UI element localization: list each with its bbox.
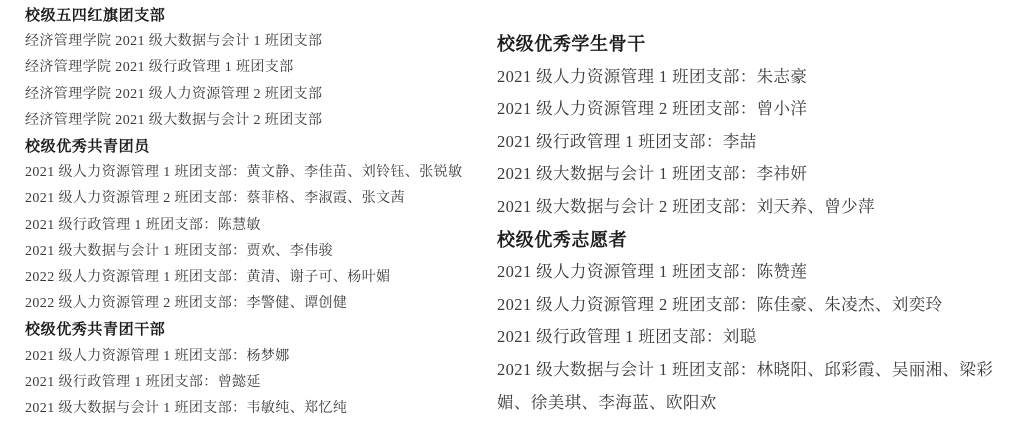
list-item: 2021 级人力资源管理 2 班团支部：陈佳豪、朱凌杰、刘奕玲 [497, 289, 1019, 322]
section-outstanding-league-members: 校级优秀共青团员 2021 级人力资源管理 1 班团支部：黄文静、李佳苗、刘铃钰… [25, 134, 487, 317]
list-item: 经济管理学院 2021 级行政管理 1 班团支部 [25, 55, 487, 81]
section-outstanding-league-cadres: 校级优秀共青团干部 2021 级人力资源管理 1 班团支部：杨梦娜 2021 级… [25, 317, 487, 422]
list-item: 2021 级大数据与会计 1 班团支部：林晓阳、邱彩霞、吴丽湘、梁彩媚、徐美琪、… [497, 354, 1019, 419]
list-item: 2021 级大数据与会计 1 班团支部：韦敏纯、郑忆纯 [25, 396, 487, 422]
left-column: 校级五四红旗团支部 经济管理学院 2021 级大数据与会计 1 班团支部 经济管… [25, 3, 487, 422]
section-heading: 校级优秀志愿者 [497, 224, 1019, 257]
list-item: 2021 级人力资源管理 1 班团支部：杨梦娜 [25, 344, 487, 370]
section-heading: 校级优秀共青团干部 [25, 317, 487, 343]
list-item: 2021 级大数据与会计 1 班团支部：贾欢、李伟骏 [25, 239, 487, 265]
list-item: 2021 级大数据与会计 1 班团支部：李祎妍 [497, 158, 1019, 191]
section-heading: 校级五四红旗团支部 [25, 3, 487, 29]
list-item: 2021 级行政管理 1 班团支部：曾懿延 [25, 370, 487, 396]
list-item: 经济管理学院 2021 级大数据与会计 2 班团支部 [25, 108, 487, 134]
list-item: 2021 级人力资源管理 2 班团支部：蔡菲格、李淑霞、张文茜 [25, 186, 487, 212]
section-heading: 校级优秀共青团员 [25, 134, 487, 160]
right-column: 校级优秀学生骨干 2021 级人力资源管理 1 班团支部：朱志豪 2021 级人… [497, 28, 1019, 419]
list-item: 2021 级行政管理 1 班团支部：刘聪 [497, 321, 1019, 354]
list-item: 2021 级行政管理 1 班团支部：李喆 [497, 126, 1019, 159]
list-item: 2022 级人力资源管理 1 班团支部：黄清、谢子可、杨叶媚 [25, 265, 487, 291]
list-item: 2021 级人力资源管理 1 班团支部：黄文静、李佳苗、刘铃钰、张锐敏 [25, 160, 487, 186]
list-item: 经济管理学院 2021 级大数据与会计 1 班团支部 [25, 29, 487, 55]
section-outstanding-volunteers: 校级优秀志愿者 2021 级人力资源管理 1 班团支部：陈赞莲 2021 级人力… [497, 224, 1019, 420]
document-page: 校级五四红旗团支部 经济管理学院 2021 级大数据与会计 1 班团支部 经济管… [0, 0, 1024, 433]
section-red-flag-branch: 校级五四红旗团支部 经济管理学院 2021 级大数据与会计 1 班团支部 经济管… [25, 3, 487, 134]
section-heading: 校级优秀学生骨干 [497, 28, 1019, 61]
list-item: 2021 级行政管理 1 班团支部：陈慧敏 [25, 213, 487, 239]
list-item: 2021 级人力资源管理 1 班团支部：朱志豪 [497, 61, 1019, 94]
list-item: 2022 级人力资源管理 2 班团支部：李警健、谭创健 [25, 291, 487, 317]
list-item: 2021 级人力资源管理 2 班团支部：曾小洋 [497, 93, 1019, 126]
list-item: 2021 级人力资源管理 1 班团支部：陈赞莲 [497, 256, 1019, 289]
list-item: 经济管理学院 2021 级人力资源管理 2 班团支部 [25, 82, 487, 108]
list-item: 2021 级大数据与会计 2 班团支部：刘天养、曾少萍 [497, 191, 1019, 224]
section-outstanding-student-backbones: 校级优秀学生骨干 2021 级人力资源管理 1 班团支部：朱志豪 2021 级人… [497, 28, 1019, 224]
